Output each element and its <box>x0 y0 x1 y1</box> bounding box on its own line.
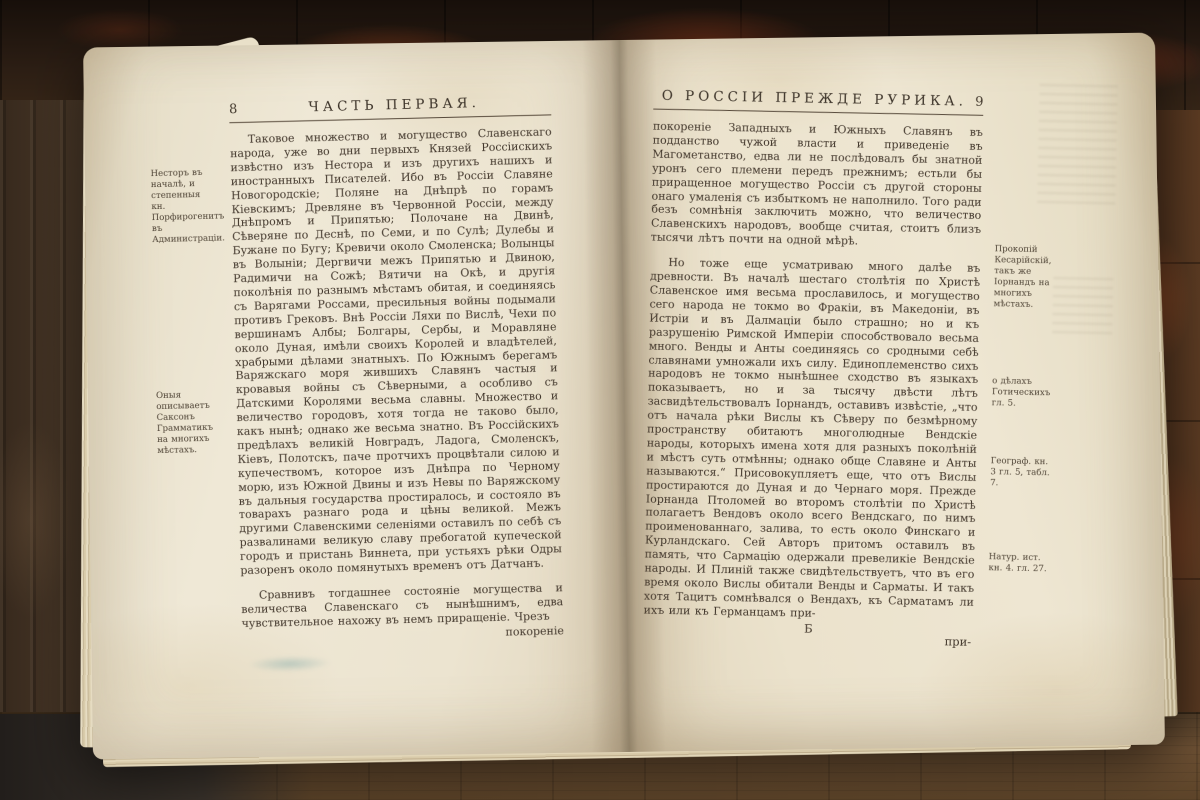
left-paragraph-1: Таковое множество и могущество Славенска… <box>230 125 563 578</box>
left-running-title: ЧАСТЬ ПЕРВАЯ. <box>237 93 551 117</box>
book-spread: 8 ЧАСТЬ ПЕРВАЯ. Несторъ въ началѣ, и сте… <box>83 33 1165 760</box>
left-page: 8 ЧАСТЬ ПЕРВАЯ. Несторъ въ началѣ, и сте… <box>83 40 629 759</box>
ink-bleed-through <box>1052 273 1113 334</box>
open-antique-book: 8 ЧАСТЬ ПЕРВАЯ. Несторъ въ началѣ, и сте… <box>83 33 1165 760</box>
right-page-number: 9 <box>975 95 984 110</box>
faint-library-stamp <box>248 655 330 673</box>
right-page-content: О РОССІИ ПРЕЖДЕ РУРИКА. 9 Прокопій Кесар… <box>643 88 984 654</box>
margin-note-natural-history: Натур. ист. кн. 4. гл. 27. <box>988 552 1054 575</box>
margin-note-geography: Географ. кн. 3 гл. 5, табл. 7. <box>990 456 1057 490</box>
margin-note-saxo: Оныя описываетъ Саксонъ Грамматикъ на мн… <box>156 389 224 457</box>
right-paragraph-1: покореніе Западныхъ и Южныхъ Славянъ въ … <box>651 120 983 251</box>
margin-note-procopius: Прокопій Кесарійскій, такъ же Іорнандъ н… <box>993 244 1060 311</box>
margin-note-gothic-history: о дѣлахъ Готическихъ гл. 5. <box>992 376 1059 410</box>
right-catchword: при- <box>944 634 971 649</box>
right-page: О РОССІИ ПРЕЖДЕ РУРИКА. 9 Прокопій Кесар… <box>619 33 1165 752</box>
left-page-content: 8 ЧАСТЬ ПЕРВАЯ. Несторъ въ началѣ, и сте… <box>229 93 565 672</box>
header-rule <box>653 109 983 116</box>
ink-bleed-through <box>1037 83 1117 205</box>
right-page-header-row: О РОССІИ ПРЕЖДЕ РУРИКА. 9 <box>653 88 983 110</box>
signature-row: Б при- <box>643 617 974 653</box>
margin-note-nestor: Несторъ въ началѣ, и степенныя кн. Порфи… <box>150 168 218 247</box>
right-paragraph-2: Но тоже еще усматриваю много далѣе въ др… <box>644 256 981 624</box>
left-paragraph-2: Сравнивъ тогдашнее состояніе могущества … <box>241 581 564 631</box>
left-page-header-row: 8 ЧАСТЬ ПЕРВАЯ. <box>229 93 551 117</box>
right-running-title: О РОССІИ ПРЕЖДЕ РУРИКА. <box>653 88 975 110</box>
left-page-number: 8 <box>229 102 238 117</box>
gathering-signature: Б <box>804 621 813 635</box>
